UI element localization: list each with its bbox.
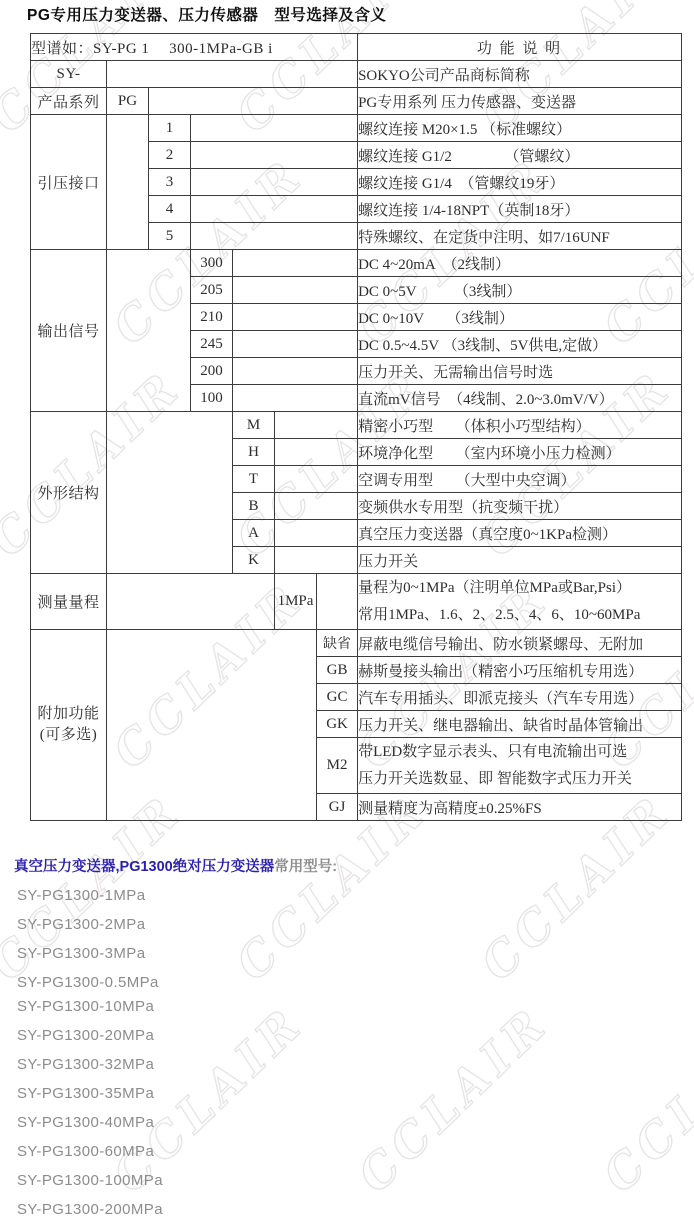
extras-label-cell: 附加功能 (可多选): [31, 630, 107, 821]
empty-cell: [275, 493, 358, 520]
empty-cell: [149, 88, 358, 115]
model-list-item: SY-PG1300-1MPa: [17, 888, 163, 903]
extras-label-line1: 附加功能: [31, 704, 106, 725]
empty-cell: [275, 439, 358, 466]
extras-label-line2: (可多选): [31, 725, 106, 746]
pressure-port-desc-cell: 螺纹连接 G1/2 （管螺纹）: [358, 142, 682, 169]
table-row: 外形结构 M 精密小巧型 （体积小巧型结构）: [31, 412, 682, 439]
brand-desc-cell: SOKYO公司产品商标简称: [358, 61, 682, 88]
output-signal-code-cell: 100: [191, 385, 233, 412]
table-row: 产品系列 PG PG专用系列 压力传感器、变送器: [31, 88, 682, 115]
models-heading-highlight: 真空压力变送器,PG1300绝对压力变送器: [14, 859, 274, 875]
pressure-port-code-cell: 3: [149, 169, 191, 196]
pressure-port-code-cell: 1: [149, 115, 191, 142]
pressure-port-code-cell: 2: [149, 142, 191, 169]
empty-cell: [107, 630, 317, 821]
output-signal-code-cell: 245: [191, 331, 233, 358]
empty-cell: [107, 412, 233, 574]
range-desc-line1: 量程为0~1MPa（注明单位MPa或Bar,Psi）: [358, 575, 681, 602]
models-heading: 真空压力变送器,PG1300绝对压力变送器常用型号:: [14, 855, 337, 876]
extras-code-cell: GJ: [317, 794, 358, 821]
model-list-item: SY-PG1300-32MPa: [17, 1057, 163, 1072]
range-code-cell: 1MPa: [275, 574, 317, 630]
empty-cell: [233, 358, 358, 385]
output-signal-code-cell: 300: [191, 250, 233, 277]
empty-cell: [275, 547, 358, 574]
range-desc-cell: 量程为0~1MPa（注明单位MPa或Bar,Psi） 常用1MPa、1.6、2、…: [358, 574, 682, 630]
table-row: 引压接口 1 螺纹连接 M20×1.5 （标准螺纹）: [31, 115, 682, 142]
extras-desc-cell: 带LED数字显示表头、只有电流输出可选 压力开关选数显、即 智能数字式压力开关: [358, 738, 682, 794]
model-list-item: SY-PG1300-40MPa: [17, 1115, 163, 1130]
series-code-cell: PG: [107, 88, 149, 115]
model-pattern-cell: 型谱如：SY-PG 1 300-1MPa-GB i: [31, 34, 358, 61]
output-signal-desc-cell: DC 0.5~4.5V （3线制、5V供电,定做）: [358, 331, 682, 358]
range-desc-line2: 常用1MPa、1.6、2、2.5、4、6、10~60MPa: [358, 602, 681, 629]
empty-cell: [233, 277, 358, 304]
empty-cell: [191, 223, 358, 250]
pressure-port-code-cell: 4: [149, 196, 191, 223]
extras-desc-cell: 赫斯曼接头输出（精密小巧压缩机专用选）: [358, 657, 682, 684]
output-signal-desc-cell: 压力开关、无需输出信号时选: [358, 358, 682, 385]
series-label-cell: 产品系列: [31, 88, 107, 115]
table-row: 测量量程 1MPa 量程为0~1MPa（注明单位MPa或Bar,Psi） 常用1…: [31, 574, 682, 630]
output-signal-desc-cell: DC 0~10V （3线制）: [358, 304, 682, 331]
extras-desc-cell: 测量精度为高精度±0.25%FS: [358, 794, 682, 821]
model-selection-table: 型谱如：SY-PG 1 300-1MPa-GB i 功 能 说 明 SY- SO…: [30, 33, 682, 821]
watermark-text: CCLAIR: [592, 995, 694, 1203]
empty-cell: [233, 250, 358, 277]
table-row: 附加功能 (可多选) 缺省 屏蔽电缆信号输出、防水锁紧螺母、无附加: [31, 630, 682, 657]
extras-code-cell: GB: [317, 657, 358, 684]
series-desc-cell: PG专用系列 压力传感器、变送器: [358, 88, 682, 115]
shape-desc-cell: 压力开关: [358, 547, 682, 574]
empty-cell: [191, 169, 358, 196]
shape-code-cell: A: [233, 520, 275, 547]
extras-desc-cell: 屏蔽电缆信号输出、防水锁紧螺母、无附加: [358, 630, 682, 657]
shape-desc-cell: 环境净化型 （室内环境小压力检测）: [358, 439, 682, 466]
pressure-port-desc-cell: 螺纹连接 M20×1.5 （标准螺纹）: [358, 115, 682, 142]
shape-desc-cell: 变频供水专用型（抗变频干扰）: [358, 493, 682, 520]
shape-desc-cell: 精密小巧型 （体积小巧型结构）: [358, 412, 682, 439]
pressure-port-desc-cell: 螺纹连接 G1/4 （管螺纹19牙）: [358, 169, 682, 196]
table-row: 型谱如：SY-PG 1 300-1MPa-GB i 功 能 说 明: [31, 34, 682, 61]
empty-cell: [233, 331, 358, 358]
extras-desc-cell: 压力开关、继电器输出、缺省时晶体管输出: [358, 711, 682, 738]
empty-cell: [317, 574, 358, 630]
output-signal-desc-cell: DC 0~5V （3线制）: [358, 277, 682, 304]
shape-desc-cell: 真空压力变送器（真空度0~1KPa检测）: [358, 520, 682, 547]
model-list-item: SY-PG1300-35MPa: [17, 1086, 163, 1101]
empty-cell: [191, 115, 358, 142]
output-signal-desc-cell: DC 4~20mA （2线制）: [358, 250, 682, 277]
table-row: 输出信号 300 DC 4~20mA （2线制）: [31, 250, 682, 277]
empty-cell: [275, 466, 358, 493]
pressure-port-desc-cell: 螺纹连接 1/4-18NPT（英制18牙）: [358, 196, 682, 223]
model-list: SY-PG1300-1MPa SY-PG1300-2MPa SY-PG1300-…: [17, 888, 163, 1225]
model-list-item: SY-PG1300-20MPa: [17, 1028, 163, 1043]
extras-code-cell: GK: [317, 711, 358, 738]
pressure-port-desc-cell: 特殊螺纹、在定货中注明、如7/16UNF: [358, 223, 682, 250]
extras-desc-line1: 带LED数字显示表头、只有电流输出可选: [358, 739, 681, 766]
empty-cell: [107, 250, 191, 412]
extras-code-cell: GC: [317, 684, 358, 711]
empty-cell: [275, 520, 358, 547]
model-list-item: SY-PG1300-10MPa: [17, 999, 163, 1014]
model-list-item: SY-PG1300-0.5MPa: [17, 975, 163, 990]
empty-cell: [191, 196, 358, 223]
page-title: PG专用压力变送器、压力传感器 型号选择及含义: [27, 3, 386, 25]
empty-cell: [107, 574, 275, 630]
shape-desc-cell: 空调专用型 （大型中央空调）: [358, 466, 682, 493]
extras-code-cell: 缺省: [317, 630, 358, 657]
output-signal-desc-cell: 直流mV信号 （4线制、2.0~3.0mV/V）: [358, 385, 682, 412]
table-row: SY- SOKYO公司产品商标简称: [31, 61, 682, 88]
empty-cell: [107, 115, 149, 250]
page: CCLAIRCCLAIRCCLAIRCCLAIRCCLAIRCCLAIRCCLA…: [0, 0, 694, 1225]
empty-cell: [233, 304, 358, 331]
pressure-port-label-cell: 引压接口: [31, 115, 107, 250]
function-header-cell: 功 能 说 明: [358, 34, 682, 61]
extras-code-cell: M2: [317, 738, 358, 794]
shape-label-cell: 外形结构: [31, 412, 107, 574]
output-signal-code-cell: 205: [191, 277, 233, 304]
model-list-item: SY-PG1300-60MPa: [17, 1144, 163, 1159]
model-list-item: SY-PG1300-2MPa: [17, 917, 163, 932]
shape-code-cell: T: [233, 466, 275, 493]
empty-cell: [233, 385, 358, 412]
shape-code-cell: H: [233, 439, 275, 466]
output-signal-code-cell: 210: [191, 304, 233, 331]
range-label-cell: 测量量程: [31, 574, 107, 630]
output-signal-label-cell: 输出信号: [31, 250, 107, 412]
shape-code-cell: M: [233, 412, 275, 439]
extras-desc-line2: 压力开关选数显、即 智能数字式压力开关: [358, 766, 681, 793]
empty-cell: [191, 142, 358, 169]
models-heading-rest: 常用型号:: [274, 859, 337, 875]
model-list-item: SY-PG1300-3MPa: [17, 946, 163, 961]
shape-code-cell: K: [233, 547, 275, 574]
model-list-item: SY-PG1300-100MPa: [17, 1173, 163, 1188]
model-list-item: SY-PG1300-200MPa: [17, 1202, 163, 1217]
empty-cell: [275, 412, 358, 439]
output-signal-code-cell: 200: [191, 358, 233, 385]
pressure-port-code-cell: 5: [149, 223, 191, 250]
brand-code-cell: SY-: [31, 61, 107, 88]
shape-code-cell: B: [233, 493, 275, 520]
empty-cell: [107, 61, 358, 88]
watermark-text: CCLAIR: [347, 995, 559, 1203]
extras-desc-cell: 汽车专用插头、即派克接头（汽车专用选）: [358, 684, 682, 711]
